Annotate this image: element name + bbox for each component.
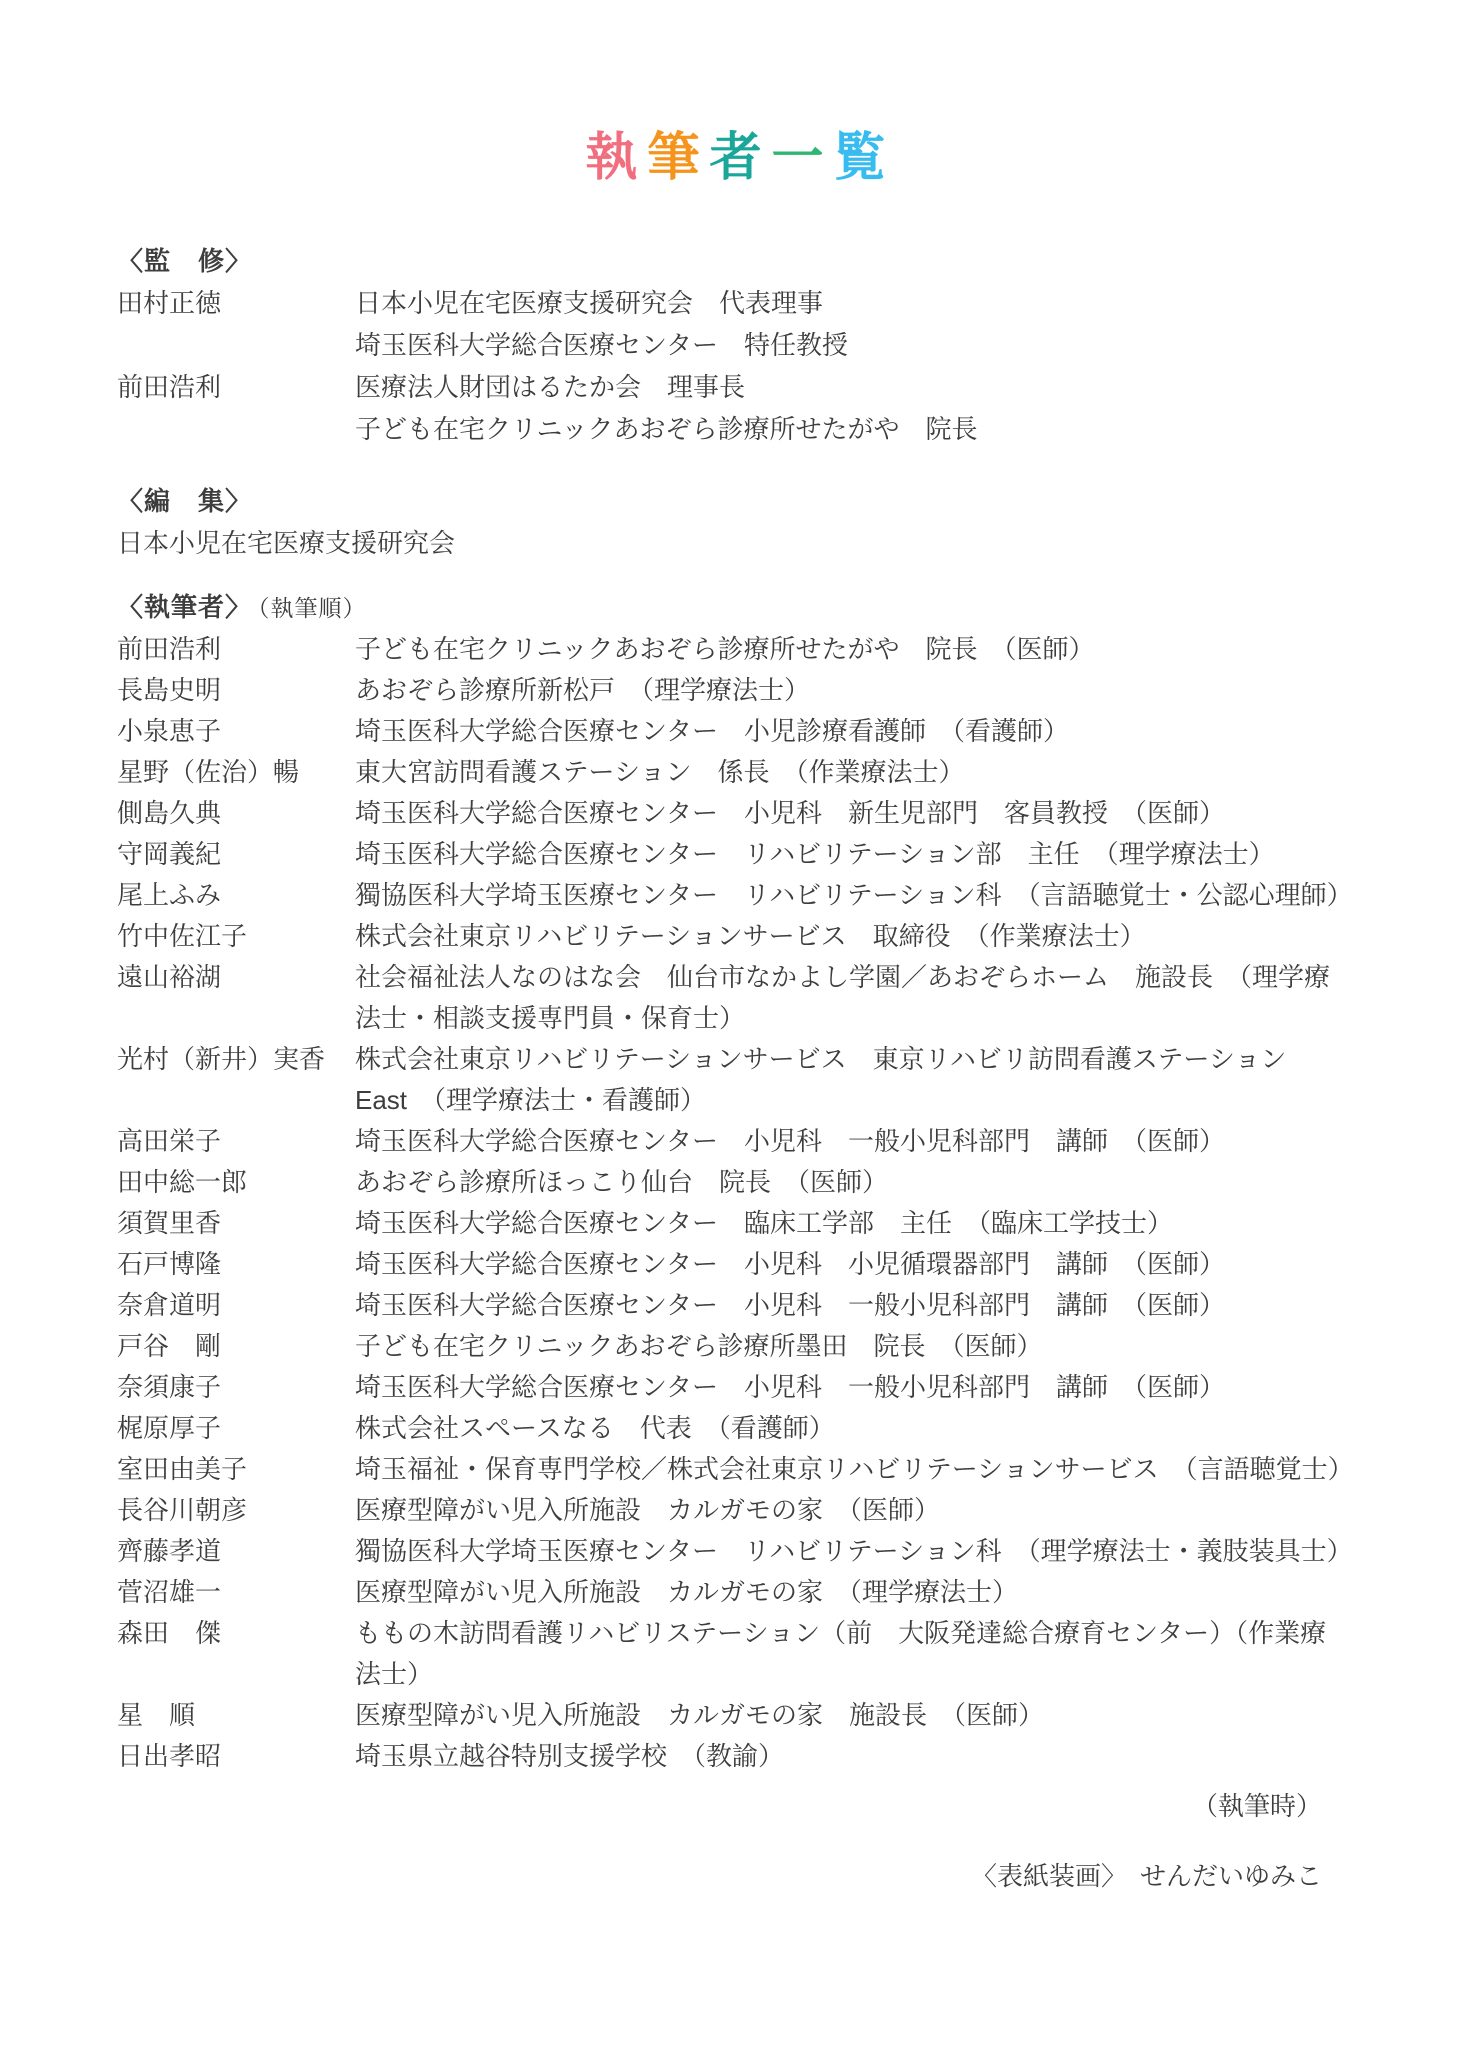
affiliation-line: 東大宮訪問看護ステーション 係長 （作業療法士） — [355, 752, 1406, 793]
entry-affiliation: 医療法人財団はるたか会 理事長子ども在宅クリニックあおぞら診療所せたがや 院長 — [355, 366, 1406, 450]
entry-row: 日出孝昭 埼玉県立越谷特別支援学校 （教諭） — [117, 1736, 1406, 1777]
affiliation-line: 埼玉医科大学総合医療センター 特任教授 — [355, 324, 1406, 366]
entry-name: 前田浩利 — [117, 629, 355, 670]
affiliation-line: 社会福祉法人なのはな会 仙台市なかよし学園／あおぞらホーム 施設長 （理学療 — [355, 957, 1406, 998]
entry-row: 守岡義紀 埼玉医科大学総合医療センター リハビリテーション部 主任 （理学療法士… — [117, 834, 1406, 875]
entry-affiliation: 日本小児在宅医療支援研究会 代表理事埼玉医科大学総合医療センター 特任教授 — [355, 282, 1406, 366]
entry-affiliation: 獨協医科大学埼玉医療センター リハビリテーション科 （言語聴覚士・公認心理師） — [355, 875, 1406, 916]
entry-affiliation: 子ども在宅クリニックあおぞら診療所せたがや 院長 （医師） — [355, 629, 1406, 670]
entry-name: 竹中佐江子 — [117, 916, 355, 957]
entry-row: 森田 傑 ももの木訪問看護リハビリステーション（前 大阪発達総合療育センター）（… — [117, 1613, 1406, 1695]
entry-name: 奈倉道明 — [117, 1285, 355, 1326]
entry-name: 齊藤孝道 — [117, 1531, 355, 1572]
authors-header-label: 〈執筆者〉 — [117, 592, 252, 622]
entry-name: 田中総一郎 — [117, 1162, 355, 1203]
entry-row: 前田浩利 子ども在宅クリニックあおぞら診療所せたがや 院長 （医師） — [117, 629, 1406, 670]
entry-affiliation: 埼玉福祉・保育専門学校／株式会社東京リハビリテーションサービス （言語聴覚士） — [355, 1449, 1406, 1490]
entry-row: 遠山裕湖 社会福祉法人なのはな会 仙台市なかよし学園／あおぞらホーム 施設長 （… — [117, 957, 1406, 1039]
affiliation-line: 株式会社スペースなる 代表 （看護師） — [355, 1408, 1406, 1449]
supervision-header: 〈監 修〉 — [117, 240, 1406, 282]
affiliation-line: 埼玉医科大学総合医療センター 小児科 一般小児科部門 講師 （医師） — [355, 1367, 1406, 1408]
affiliation-line: 埼玉県立越谷特別支援学校 （教諭） — [355, 1736, 1406, 1777]
entry-name: 長谷川朝彦 — [117, 1490, 355, 1531]
entry-row: 前田浩利 医療法人財団はるたか会 理事長子ども在宅クリニックあおぞら診療所せたが… — [117, 366, 1406, 450]
entry-affiliation: 社会福祉法人なのはな会 仙台市なかよし学園／あおぞらホーム 施設長 （理学療法士… — [355, 957, 1406, 1039]
entry-name: 須賀里香 — [117, 1203, 355, 1244]
entry-affiliation: 埼玉医科大学総合医療センター 小児科 一般小児科部門 講師 （医師） — [355, 1367, 1406, 1408]
authors-header: 〈執筆者〉（執筆順） — [117, 586, 1406, 629]
affiliation-line: 医療型障がい児入所施設 カルガモの家 （医師） — [355, 1490, 1406, 1531]
entry-row: 星 順 医療型障がい児入所施設 カルガモの家 施設長 （医師） — [117, 1695, 1406, 1736]
entry-affiliation: 株式会社東京リハビリテーションサービス 取締役 （作業療法士） — [355, 916, 1406, 957]
page-content: 〈監 修〉 田村正徳 日本小児在宅医療支援研究会 代表理事埼玉医科大学総合医療セ… — [0, 240, 1481, 1897]
affiliation-line: 子ども在宅クリニックあおぞら診療所墨田 院長 （医師） — [355, 1326, 1406, 1367]
affiliation-line: 埼玉福祉・保育専門学校／株式会社東京リハビリテーションサービス （言語聴覚士） — [355, 1449, 1406, 1490]
entry-affiliation: 医療型障がい児入所施設 カルガモの家 （理学療法士） — [355, 1572, 1406, 1613]
affiliation-line: 獨協医科大学埼玉医療センター リハビリテーション科 （理学療法士・義肢装具士） — [355, 1531, 1406, 1572]
authors-header-note: （執筆順） — [258, 595, 367, 621]
affiliation-line: 医療型障がい児入所施設 カルガモの家 施設長 （医師） — [355, 1695, 1406, 1736]
entry-name: 日出孝昭 — [117, 1736, 355, 1777]
entry-name: 森田 傑 — [117, 1613, 355, 1654]
entry-name: 星野（佐治）暢 — [117, 752, 355, 793]
entry-affiliation: 埼玉医科大学総合医療センター 小児科 小児循環器部門 講師 （医師） — [355, 1244, 1406, 1285]
entry-name: 尾上ふみ — [117, 875, 355, 916]
entry-affiliation: あおぞら診療所ほっこり仙台 院長 （医師） — [355, 1162, 1406, 1203]
entry-name: 梶原厚子 — [117, 1408, 355, 1449]
affiliation-line: 埼玉医科大学総合医療センター 小児科 一般小児科部門 講師 （医師） — [355, 1285, 1406, 1326]
authors-list: 前田浩利 子ども在宅クリニックあおぞら診療所せたがや 院長 （医師） 長島史明 … — [117, 629, 1406, 1777]
entry-affiliation: 埼玉医科大学総合医療センター 小児科 一般小児科部門 講師 （医師） — [355, 1285, 1406, 1326]
entry-name: 長島史明 — [117, 670, 355, 711]
entry-affiliation: 埼玉医科大学総合医療センター 小児科 一般小児科部門 講師 （医師） — [355, 1121, 1406, 1162]
entry-row: 須賀里香 埼玉医科大学総合医療センター 臨床工学部 主任 （臨床工学技士） — [117, 1203, 1406, 1244]
entry-row: 梶原厚子 株式会社スペースなる 代表 （看護師） — [117, 1408, 1406, 1449]
entry-name: 遠山裕湖 — [117, 957, 355, 998]
entry-row: 田中総一郎 あおぞら診療所ほっこり仙台 院長 （医師） — [117, 1162, 1406, 1203]
affiliation-line: 埼玉医科大学総合医療センター 小児科 新生児部門 客員教授 （医師） — [355, 793, 1406, 834]
entry-affiliation: 埼玉医科大学総合医療センター 小児科 新生児部門 客員教授 （医師） — [355, 793, 1406, 834]
entry-name: 光村（新井）実香 — [117, 1039, 355, 1080]
entry-affiliation: 東大宮訪問看護ステーション 係長 （作業療法士） — [355, 752, 1406, 793]
entry-row: 田村正徳 日本小児在宅医療支援研究会 代表理事埼玉医科大学総合医療センター 特任… — [117, 282, 1406, 366]
entry-name: 戸谷 剛 — [117, 1326, 355, 1367]
entry-row: 長島史明 あおぞら診療所新松戸 （理学療法士） — [117, 670, 1406, 711]
affiliation-line: 埼玉医科大学総合医療センター 臨床工学部 主任 （臨床工学技士） — [355, 1203, 1406, 1244]
entry-name: 小泉恵子 — [117, 711, 355, 752]
entry-affiliation: 埼玉医科大学総合医療センター リハビリテーション部 主任 （理学療法士） — [355, 834, 1406, 875]
entry-row: 星野（佐治）暢 東大宮訪問看護ステーション 係長 （作業療法士） — [117, 752, 1406, 793]
entry-affiliation: 獨協医科大学埼玉医療センター リハビリテーション科 （理学療法士・義肢装具士） — [355, 1531, 1406, 1572]
affiliation-line: 埼玉医科大学総合医療センター 小児診療看護師 （看護師） — [355, 711, 1406, 752]
editing-body: 日本小児在宅医療支援研究会 — [117, 522, 1406, 564]
entry-affiliation: ももの木訪問看護リハビリステーション（前 大阪発達総合療育センター）（作業療法士… — [355, 1613, 1406, 1695]
entry-affiliation: 医療型障がい児入所施設 カルガモの家 （医師） — [355, 1490, 1406, 1531]
entry-name: 側島久典 — [117, 793, 355, 834]
entry-name: 田村正徳 — [117, 282, 355, 324]
entry-name: 室田由美子 — [117, 1449, 355, 1490]
entry-row: 菅沼雄一 医療型障がい児入所施設 カルガモの家 （理学療法士） — [117, 1572, 1406, 1613]
entry-name: 星 順 — [117, 1695, 355, 1736]
cover-art-credit: 〈表紙装画〉 せんだいゆみこ — [117, 1855, 1406, 1897]
section-supervision: 〈監 修〉 田村正徳 日本小児在宅医療支援研究会 代表理事埼玉医科大学総合医療セ… — [117, 240, 1406, 450]
affiliation-line: 子ども在宅クリニックあおぞら診療所せたがや 院長 （医師） — [355, 629, 1406, 670]
entry-row: 側島久典 埼玉医科大学総合医療センター 小児科 新生児部門 客員教授 （医師） — [117, 793, 1406, 834]
entry-affiliation: 子ども在宅クリニックあおぞら診療所墨田 院長 （医師） — [355, 1326, 1406, 1367]
affiliation-line: 埼玉医科大学総合医療センター リハビリテーション部 主任 （理学療法士） — [355, 834, 1406, 875]
entry-name: 高田栄子 — [117, 1121, 355, 1162]
affiliation-line: East （理学療法士・看護師） — [355, 1080, 1406, 1121]
entry-affiliation: 埼玉医科大学総合医療センター 臨床工学部 主任 （臨床工学技士） — [355, 1203, 1406, 1244]
entry-affiliation: 株式会社スペースなる 代表 （看護師） — [355, 1408, 1406, 1449]
entry-row: 尾上ふみ 獨協医科大学埼玉医療センター リハビリテーション科 （言語聴覚士・公認… — [117, 875, 1406, 916]
entry-row: 光村（新井）実香 株式会社東京リハビリテーションサービス 東京リハビリ訪問看護ス… — [117, 1039, 1406, 1121]
editing-header: 〈編 集〉 — [117, 480, 1406, 522]
entry-name: 菅沼雄一 — [117, 1572, 355, 1613]
entry-row: 竹中佐江子 株式会社東京リハビリテーションサービス 取締役 （作業療法士） — [117, 916, 1406, 957]
affiliation-line: 医療型障がい児入所施設 カルガモの家 （理学療法士） — [355, 1572, 1406, 1613]
affiliation-line: 日本小児在宅医療支援研究会 代表理事 — [355, 282, 1406, 324]
affiliation-line: あおぞら診療所ほっこり仙台 院長 （医師） — [355, 1162, 1406, 1203]
section-editing: 〈編 集〉 日本小児在宅医療支援研究会 — [117, 480, 1406, 564]
affiliation-line: 医療法人財団はるたか会 理事長 — [355, 366, 1406, 408]
affiliation-line: 法士・相談支援専門員・保育士） — [355, 998, 1406, 1039]
entry-row: 長谷川朝彦 医療型障がい児入所施設 カルガモの家 （医師） — [117, 1490, 1406, 1531]
entry-row: 高田栄子 埼玉医科大学総合医療センター 小児科 一般小児科部門 講師 （医師） — [117, 1121, 1406, 1162]
entry-name: 石戸博隆 — [117, 1244, 355, 1285]
entry-affiliation: 医療型障がい児入所施設 カルガモの家 施設長 （医師） — [355, 1695, 1406, 1736]
entry-name: 奈須康子 — [117, 1367, 355, 1408]
entry-row: 小泉恵子 埼玉医科大学総合医療センター 小児診療看護師 （看護師） — [117, 711, 1406, 752]
entry-affiliation: 株式会社東京リハビリテーションサービス 東京リハビリ訪問看護ステーションEast… — [355, 1039, 1406, 1121]
affiliation-line: 獨協医科大学埼玉医療センター リハビリテーション科 （言語聴覚士・公認心理師） — [355, 875, 1406, 916]
entry-row: 戸谷 剛 子ども在宅クリニックあおぞら診療所墨田 院長 （医師） — [117, 1326, 1406, 1367]
affiliation-line: ももの木訪問看護リハビリステーション（前 大阪発達総合療育センター）（作業療 — [355, 1613, 1406, 1654]
section-authors: 〈執筆者〉（執筆順） 前田浩利 子ども在宅クリニックあおぞら診療所せたがや 院長… — [117, 586, 1406, 1777]
written-at-note: （執筆時） — [117, 1785, 1406, 1827]
affiliation-line: 埼玉医科大学総合医療センター 小児科 一般小児科部門 講師 （医師） — [355, 1121, 1406, 1162]
entry-row: 室田由美子 埼玉福祉・保育専門学校／株式会社東京リハビリテーションサービス （言… — [117, 1449, 1406, 1490]
supervision-list: 田村正徳 日本小児在宅医療支援研究会 代表理事埼玉医科大学総合医療センター 特任… — [117, 282, 1406, 450]
entry-affiliation: 埼玉医科大学総合医療センター 小児診療看護師 （看護師） — [355, 711, 1406, 752]
document-page: 執筆者一覧 〈監 修〉 田村正徳 日本小児在宅医療支援研究会 代表理事埼玉医科大… — [0, 0, 1481, 2071]
entry-affiliation: あおぞら診療所新松戸 （理学療法士） — [355, 670, 1406, 711]
entry-name: 前田浩利 — [117, 366, 355, 408]
affiliation-line: 株式会社東京リハビリテーションサービス 東京リハビリ訪問看護ステーション — [355, 1039, 1406, 1080]
entry-affiliation: 埼玉県立越谷特別支援学校 （教諭） — [355, 1736, 1406, 1777]
affiliation-line: 法士） — [355, 1654, 1406, 1695]
affiliation-line: あおぞら診療所新松戸 （理学療法士） — [355, 670, 1406, 711]
entry-row: 奈倉道明 埼玉医科大学総合医療センター 小児科 一般小児科部門 講師 （医師） — [117, 1285, 1406, 1326]
affiliation-line: 埼玉医科大学総合医療センター 小児科 小児循環器部門 講師 （医師） — [355, 1244, 1406, 1285]
entry-row: 石戸博隆 埼玉医科大学総合医療センター 小児科 小児循環器部門 講師 （医師） — [117, 1244, 1406, 1285]
entry-row: 齊藤孝道 獨協医科大学埼玉医療センター リハビリテーション科 （理学療法士・義肢… — [117, 1531, 1406, 1572]
page-title: 執筆者一覧 — [0, 0, 1481, 186]
entry-name: 守岡義紀 — [117, 834, 355, 875]
affiliation-line: 株式会社東京リハビリテーションサービス 取締役 （作業療法士） — [355, 916, 1406, 957]
entry-row: 奈須康子 埼玉医科大学総合医療センター 小児科 一般小児科部門 講師 （医師） — [117, 1367, 1406, 1408]
affiliation-line: 子ども在宅クリニックあおぞら診療所せたがや 院長 — [355, 408, 1406, 450]
